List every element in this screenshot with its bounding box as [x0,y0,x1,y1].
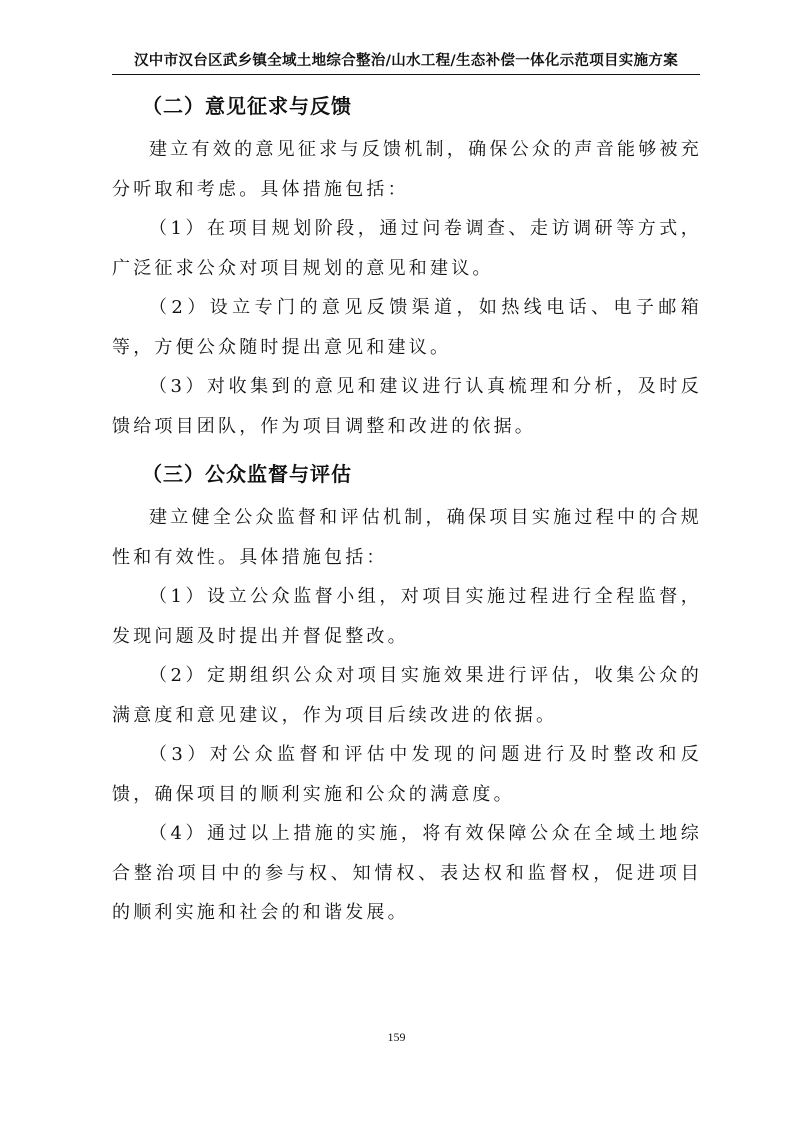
running-header: 汉中市汉台区武乡镇全域土地综合整治/山水工程/生态补偿一体化示范项目实施方案 [112,50,700,72]
paragraph: （4）通过以上措施的实施，将有效保障公众在全域土地综合整治项目中的参与权、知情权… [112,814,702,933]
header-rule [112,74,700,75]
section-heading: （二）意见征求与反馈 [112,86,702,126]
paragraph: （2）定期组织公众对项目实施效果进行评估，收集公众的满意度和意见建议，作为项目后… [112,656,702,735]
paragraph: 建立健全公众监督和评估机制，确保项目实施过程中的合规性和有效性。具体措施包括： [112,498,702,577]
page-number: 159 [0,1030,793,1045]
paragraph: （3）对公众监督和评估中发现的问题进行及时整改和反馈，确保项目的顺利实施和公众的… [112,735,702,814]
paragraph: （1）在项目规划阶段，通过问卷调查、走访调研等方式，广泛征求公众对项目规划的意见… [112,209,702,288]
section-public-supervision: （三）公众监督与评估 建立健全公众监督和评估机制，确保项目实施过程中的合规性和有… [112,454,702,933]
document-body: （二）意见征求与反馈 建立有效的意见征求与反馈机制，确保公众的声音能够被充分听取… [112,86,702,933]
paragraph: 建立有效的意见征求与反馈机制，确保公众的声音能够被充分听取和考虑。具体措施包括： [112,130,702,209]
section-opinion-feedback: （二）意见征求与反馈 建立有效的意见征求与反馈机制，确保公众的声音能够被充分听取… [112,86,702,446]
paragraph: （1）设立公众监督小组，对项目实施过程进行全程监督，发现问题及时提出并督促整改。 [112,577,702,656]
paragraph: （2）设立专门的意见反馈渠道，如热线电话、电子邮箱等，方便公众随时提出意见和建议… [112,288,702,367]
paragraph: （3）对收集到的意见和建议进行认真梳理和分析，及时反馈给项目团队，作为项目调整和… [112,367,702,446]
section-heading: （三）公众监督与评估 [112,454,702,494]
